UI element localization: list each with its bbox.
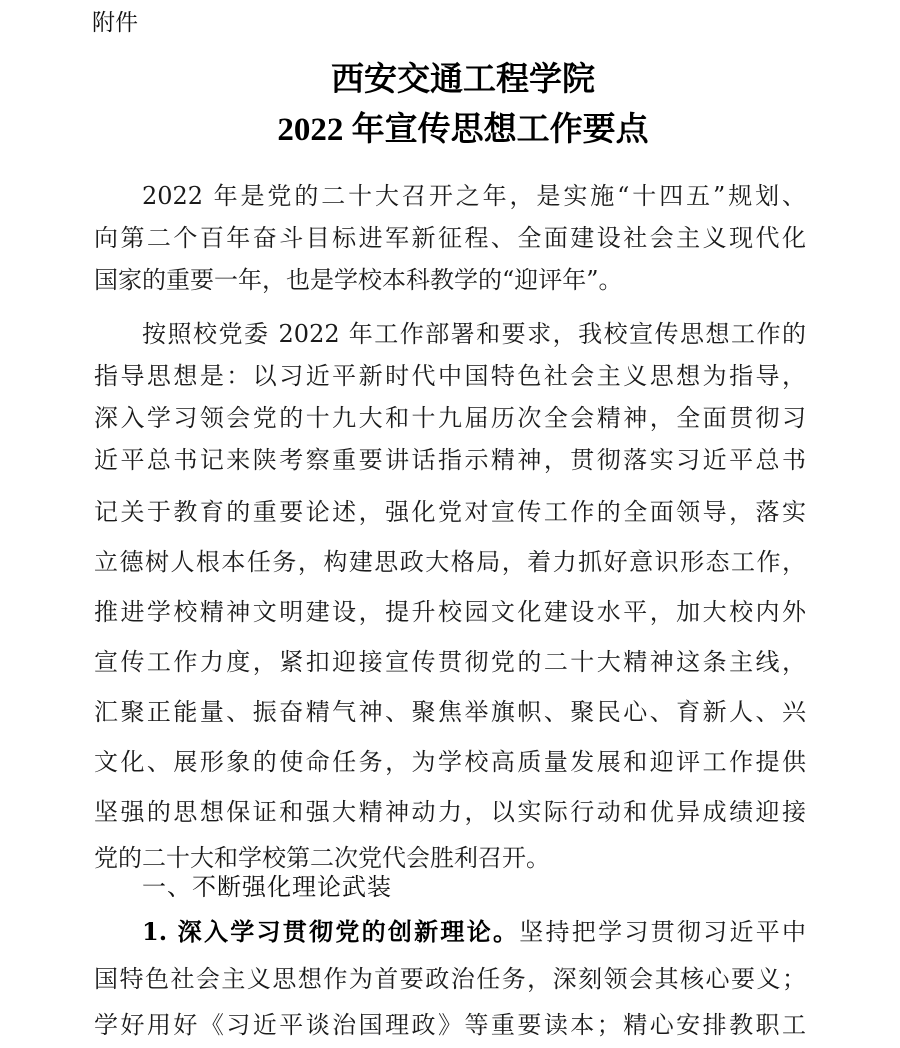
paragraph-line: 推进学校精神文明建设，提升校园文化建设水平，加大校内外	[94, 591, 806, 633]
paragraph-line: 国家的重要一年，也是学校本科教学的“迎评年”。	[94, 259, 806, 301]
paragraph-line: 指导思想是：以习近平新时代中国特色社会主义思想为指导，	[94, 355, 806, 397]
paragraph-line: 学好用好《习近平谈治国理政》等重要读本；精心安排教职工	[94, 1004, 806, 1046]
attachment-label: 附件	[92, 8, 138, 38]
paragraph-line: 近平总书记来陕考察重要讲话指示精神，贯彻落实习近平总书	[94, 439, 806, 481]
document-title-institution: 西安交通工程学院	[13, 58, 900, 102]
paragraph-line: 记关于教育的重要论述，强化党对宣传工作的全面领导，落实	[94, 491, 806, 533]
paragraph-line: 按照校党委 2022 年工作部署和要求，我校宣传思想工作的	[142, 313, 806, 355]
item-lead-title: 1. 深入学习贯彻党的创新理论。	[142, 917, 519, 946]
section-heading: 一、不断强化理论武装	[142, 866, 392, 908]
paragraph-line: 深入学习领会党的十九大和十九届历次全会精神，全面贯彻习	[94, 397, 806, 439]
paragraph-line: 2022 年是党的二十大召开之年，是实施“十四五”规划、	[142, 175, 806, 217]
paragraph-line: 立德树人根本任务，构建思政大格局，着力抓好意识形态工作，	[94, 541, 806, 583]
paragraph-line: 坚强的思想保证和强大精神动力，以实际行动和优异成绩迎接	[94, 791, 806, 833]
item-lead-rest: 坚持把学习贯彻习近平中	[519, 918, 806, 946]
paragraph-line: 宣传工作力度，紧扣迎接宣传贯彻党的二十大精神这条主线，	[94, 641, 806, 683]
paragraph-line: 汇聚正能量、振奋精气神、聚焦举旗帜、聚民心、育新人、兴	[94, 691, 806, 733]
item-first-line: 1. 深入学习贯彻党的创新理论。坚持把学习贯彻习近平中	[142, 911, 806, 953]
paragraph-line: 向第二个百年奋斗目标进军新征程、全面建设社会主义现代化	[94, 217, 806, 259]
document-title-subject: 2022 年宣传思想工作要点	[13, 108, 900, 152]
paragraph-line: 文化、展形象的使命任务，为学校高质量发展和迎评工作提供	[94, 741, 806, 783]
paragraph-line: 国特色社会主义思想作为首要政治任务，深刻领会其核心要义；	[94, 958, 806, 1000]
